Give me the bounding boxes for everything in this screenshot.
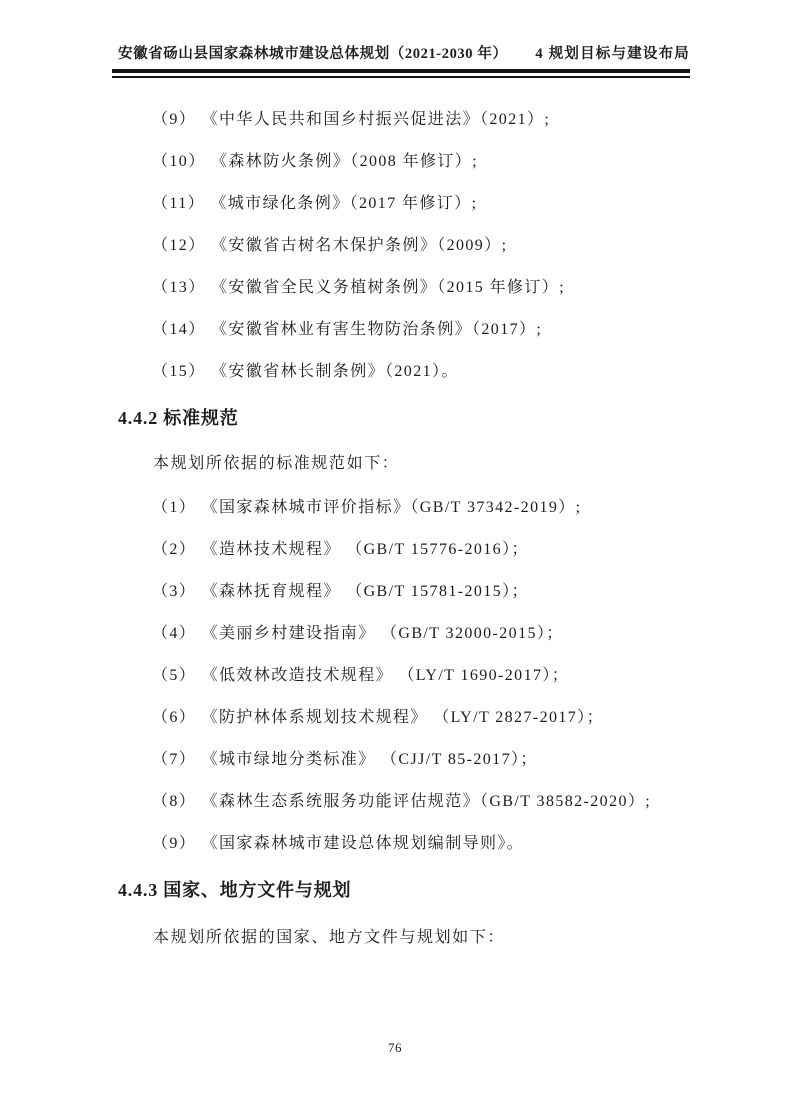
standard-reference-item: （3） 《森林抚育规程》 （GB/T 15781-2015）； [152,582,690,602]
legal-reference-item: （9） 《中华人民共和国乡村振兴促进法》（2021）; [152,110,690,130]
legal-references-list: （9） 《中华人民共和国乡村振兴促进法》（2021）; （10） 《森林防火条例… [118,110,690,382]
standard-reference-item: （8） 《森林生态系统服务功能评估规范》（GB/T 38582-2020）; [152,792,690,812]
standard-reference-item: （7） 《城市绿地分类标准》 （CJJ/T 85-2017）； [152,750,690,770]
standard-reference-item: （9） 《国家森林城市建设总体规划编制导则》。 [152,834,690,854]
standard-reference-item: （5） 《低效林改造技术规程》 （LY/T 1690-2017）； [152,666,690,686]
legal-reference-item: （15） 《安徽省林长制条例》（2021）。 [152,362,690,382]
legal-reference-item: （10） 《森林防火条例》（2008 年修订）; [152,152,690,172]
page-number: 76 [0,1040,790,1056]
section-4-4-2-intro: 本规划所依据的标准规范如下： [118,454,690,474]
legal-reference-item: （12） 《安徽省古树名木保护条例》（2009）; [152,236,690,256]
page-content: （9） 《中华人民共和国乡村振兴促进法》（2021）; （10） 《森林防火条例… [118,80,690,948]
header-chapter-title: 4 规划目标与建设布局 [535,42,690,63]
standards-references-list: （1） 《国家森林城市评价指标》（GB/T 37342-2019）; （2） 《… [118,498,690,854]
legal-reference-item: （13） 《安徽省全民义务植树条例》（2015 年修订）; [152,278,690,298]
standard-reference-item: （6） 《防护林体系规划技术规程》 （LY/T 2827-2017）； [152,708,690,728]
standard-reference-item: （1） 《国家森林城市评价指标》（GB/T 37342-2019）; [152,498,690,518]
standard-reference-item: （4） 《美丽乡村建设指南》 （GB/T 32000-2015）； [152,624,690,644]
page-header: 安徽省砀山县国家森林城市建设总体规划（2021-2030 年） 4 规划目标与建… [112,42,690,63]
header-document-title: 安徽省砀山县国家森林城市建设总体规划（2021-2030 年） [112,42,508,63]
header-divider-rule [112,69,690,78]
section-heading-4-4-2: 4.4.2 标准规范 [118,406,690,430]
document-page: 安徽省砀山县国家森林城市建设总体规划（2021-2030 年） 4 规划目标与建… [0,0,790,1118]
standard-reference-item: （2） 《造林技术规程》 （GB/T 15776-2016）； [152,540,690,560]
section-4-4-3-intro: 本规划所依据的国家、地方文件与规划如下： [118,928,690,948]
legal-reference-item: （11） 《城市绿化条例》（2017 年修订）; [152,194,690,214]
legal-reference-item: （14） 《安徽省林业有害生物防治条例》（2017）; [152,320,690,340]
section-heading-4-4-3: 4.4.3 国家、地方文件与规划 [118,878,690,902]
